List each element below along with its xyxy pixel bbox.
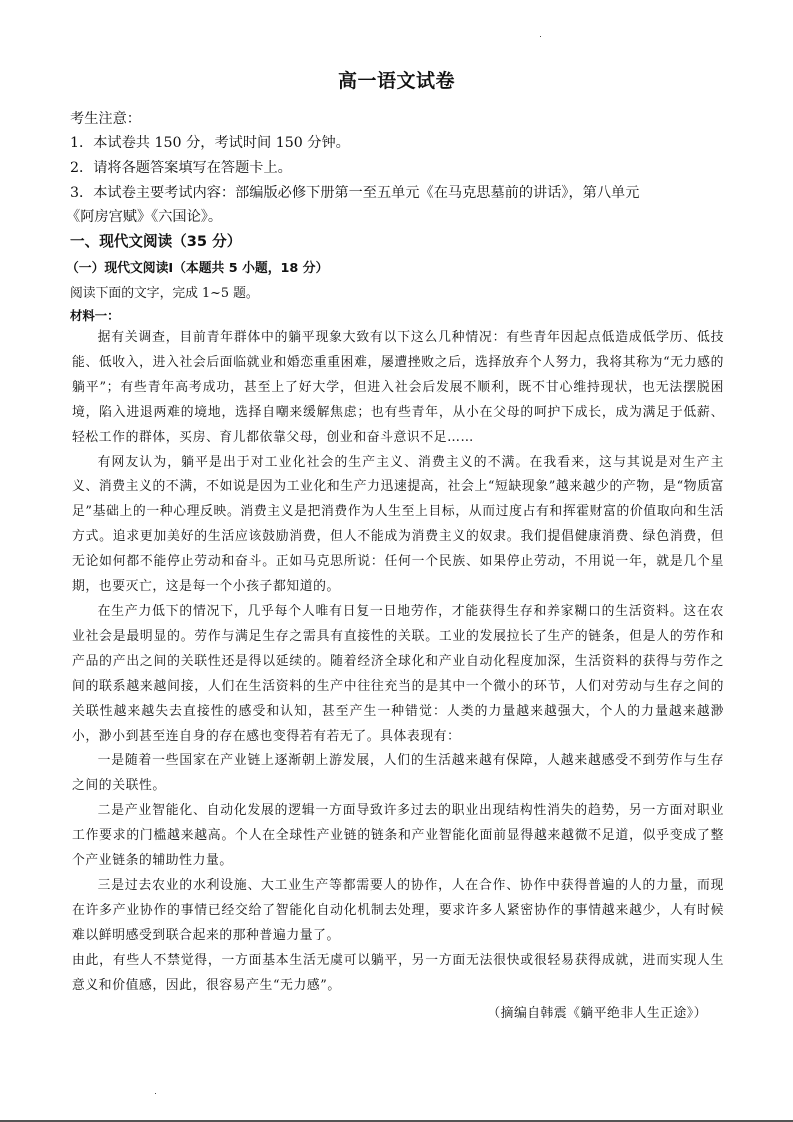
paragraph: 在生产力低下的情况下，几乎每个人唯有日复一日地劳作，才能获得生存和养家糊口的生活… [72, 600, 724, 749]
paragraph: 有网友认为，躺平是出于对工业化社会的生产主义、消费主义的不满。在我看来，这与其说… [72, 451, 724, 600]
scan-speck [540, 36, 541, 37]
paragraph: 三是过去农业的水利设施、大工业生产等都需要人的协作，人在合作、协作中获得普遍的人… [72, 874, 724, 949]
notice-item-1: 1．本试卷共 150 分，考试时间 150 分钟。 [70, 132, 350, 152]
notice-item-2: 2．请将各题答案填写在答题卡上。 [70, 157, 292, 177]
material-label: 材料一： [70, 306, 120, 324]
page-title: 高一语文试卷 [0, 66, 793, 93]
source-citation: （摘编自韩震《躺平绝非人生正途》） [487, 1002, 707, 1021]
exam-page: 高一语文试卷 考生注意： 1．本试卷共 150 分，考试时间 150 分钟。 2… [0, 0, 793, 1122]
subsection-heading: （一）现代文阅读Ⅰ（本题共 5 小题，18 分） [66, 257, 328, 276]
paragraph: 二是产业智能化、自动化发展的逻辑一方面导致许多过去的职业出现结构性消失的趋势，另… [72, 799, 724, 874]
section-heading: 一、现代文阅读（35 分） [70, 230, 241, 251]
notice-item-3: 3．本试卷主要考试内容：部编版必修下册第一至五单元《在马克思墓前的讲话》，第八单… [70, 182, 639, 202]
notice-item-3-cont: 《阿房宫赋》《六国论》。 [66, 206, 222, 226]
reading-instruction: 阅读下面的文字，完成 1~5 题。 [70, 282, 259, 301]
paragraph: 据有关调查，目前青年群体中的躺平现象大致有以下这么几种情况：有些青年因起点低造成… [72, 326, 724, 451]
scan-speck [155, 1093, 156, 1094]
material-body: 据有关调查，目前青年群体中的躺平现象大致有以下这么几种情况：有些青年因起点低造成… [72, 326, 724, 998]
notice-heading: 考生注意： [70, 108, 141, 128]
paragraph: 由此，有些人不禁觉得，一方面基本生活无虞可以躺平，另一方面无法很快或很轻易获得成… [72, 949, 724, 999]
paragraph: 一是随着一些国家在产业链上逐渐朝上游发展，人们的生活越来越有保障，人越来越感受不… [72, 749, 724, 799]
